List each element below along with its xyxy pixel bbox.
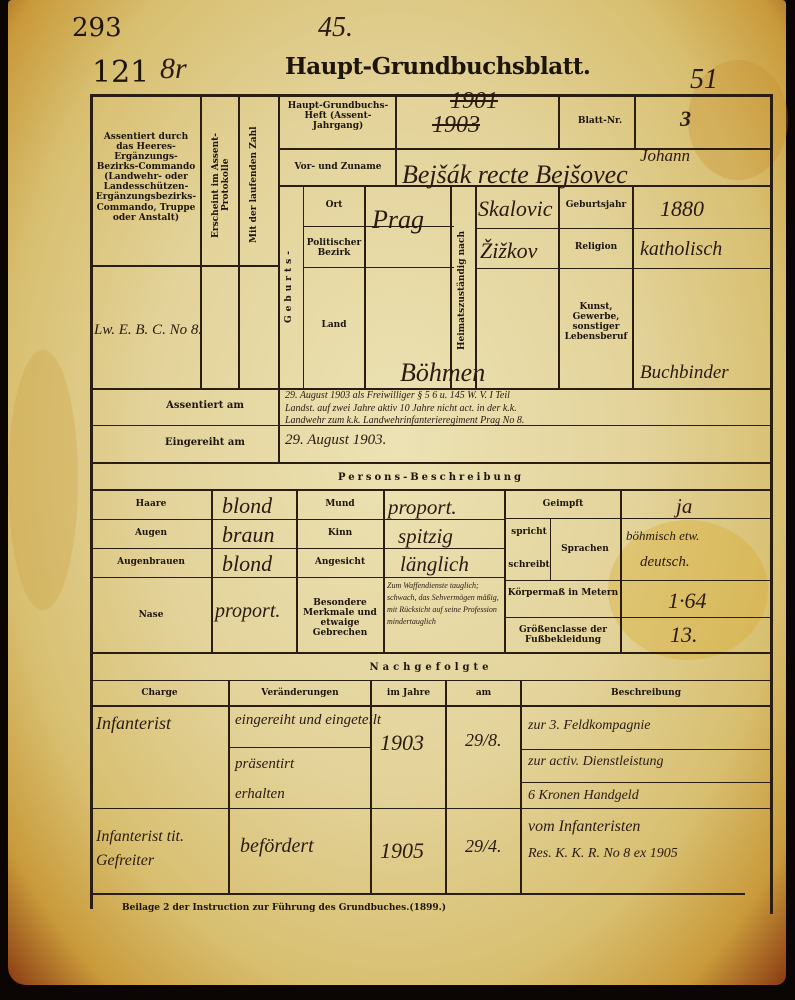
nachgefolgte-section-title: Nachgefolgte [90, 662, 772, 673]
gesicht-label: Angesicht [298, 557, 382, 567]
row2-date: 29/4. [465, 836, 502, 857]
footer-note: Beilage 2 der Instruction zur Führung de… [122, 903, 446, 913]
sprachen-value-1: böhmisch etw. [626, 528, 699, 544]
frame-bottom [90, 893, 745, 895]
assentiert-label: Assentiert am [150, 400, 260, 411]
sprachen-value-2: deutsch. [640, 554, 690, 571]
assentiert-durch-value: Lw. E. B. C. No 8. [94, 322, 202, 339]
mund-value: proport. [388, 495, 457, 520]
land-value: Böhmen [400, 358, 485, 388]
geimpft-label: Geimpft [507, 499, 619, 509]
erscheint-label: Erscheint im Assent-Protokolle [211, 110, 231, 260]
koerpermass-value: 1·64 [668, 588, 707, 614]
eingereiht-label: Eingereiht am [150, 437, 260, 448]
year-value: 1880 [660, 196, 704, 222]
row2-charge: Infanterist tit. Gefreiter [96, 825, 226, 873]
mund-label: Mund [298, 499, 382, 509]
spricht-label: spricht [508, 527, 550, 537]
ort-value: Prag [372, 205, 424, 235]
heft-label: Haupt-Grundbuchs-Heft (Assent-Jahrgang) [282, 101, 394, 131]
heft-value-struck-2: 1903 [432, 112, 480, 139]
col-jahr: im Jahre [372, 688, 445, 698]
row2-change-1: befördert [240, 835, 314, 858]
heimat-ort-value: Skalovic [478, 196, 553, 222]
religion-value: katholisch [640, 238, 722, 261]
augen-label: Augen [92, 528, 210, 538]
page-title: Haupt-Grundbuchsblatt. [285, 54, 590, 80]
col-am: am [447, 688, 520, 698]
koerpermass-label: Körpermaß in Metern [507, 588, 619, 598]
birth-group-label: Geburts- [284, 200, 294, 370]
heimat-label: Heimatszuständig nach [457, 210, 467, 370]
name-value: Bejšák recte Bejšovec [402, 160, 628, 190]
first-name-value: Johann [640, 146, 690, 166]
augen-value: braun [222, 522, 275, 548]
kinn-value: spitzig [398, 524, 453, 549]
assentiert-line-3: Landwehr zum k.k. Landwehrinfanterieregi… [285, 415, 524, 426]
beruf-label: Kunst, Gewerbe, sonstiger Lebensberuf [562, 302, 630, 342]
assentiert-line-1: 29. August 1903 als Freiwilliger § 5 6 u… [285, 390, 510, 401]
row1-change-1: eingereiht und eingeteilt [235, 712, 381, 729]
frame-right [770, 94, 773, 914]
fuss-label: Größenclasse der Fußbekleidung [507, 625, 619, 645]
brauen-value: blond [222, 551, 272, 577]
nase-label: Nase [92, 610, 210, 620]
blatt-value: 3 [680, 106, 691, 132]
haare-value: blond [222, 493, 272, 519]
frame-top [90, 94, 773, 97]
col-charge: Charge [92, 688, 227, 698]
merkmale-label: Besondere Merkmale und etwaige Gebrechen [298, 598, 382, 638]
beruf-value: Buchbinder [640, 362, 729, 384]
row1-charge: Infanterist [96, 713, 171, 734]
bezirk-label: Politischer Bezirk [305, 238, 363, 258]
row2-desc-2: Res. K. K. R. No 8 ex 1905 [528, 846, 678, 862]
row2-desc-1: vom Infanteristen [528, 818, 640, 836]
nase-value: proport. [215, 600, 280, 623]
row2-year: 1905 [380, 838, 424, 864]
assentiert-durch-label: Assentiert durch das Heeres-Ergänzungs-B… [94, 132, 198, 223]
kinn-label: Kinn [298, 528, 382, 538]
row1-change-2: präsentirt [235, 756, 294, 773]
row1-desc-1: zur 3. Feldkompagnie [528, 718, 650, 734]
row1-date: 29/8. [465, 730, 502, 751]
religion-label: Religion [562, 242, 630, 252]
row1-year: 1903 [380, 730, 424, 756]
handwritten-left: 8r [160, 52, 187, 86]
row1-desc-2: zur activ. Dienstleistung [528, 754, 663, 770]
geimpft-value: ja [676, 494, 692, 519]
row1-desc-3: 6 Kronen Handgeld [528, 788, 639, 804]
assentiert-line-2: Landst. auf zwei Jahre aktiv 10 Jahre ni… [285, 403, 517, 414]
stamp-number-bottom: 121 [92, 56, 149, 90]
stamp-number-top: 293 [72, 14, 122, 43]
brauen-label: Augenbrauen [92, 557, 210, 567]
sprachen-label: Sprachen [552, 544, 618, 554]
laufende-zahl-label: Mit der laufenden Zahl [249, 110, 259, 260]
land-label: Land [305, 320, 363, 330]
water-stain [8, 350, 78, 610]
schreibt-label: schreibt [508, 560, 550, 570]
blatt-label: Blatt-Nr. [570, 116, 630, 126]
persons-section-title: Persons-Beschreibung [90, 472, 772, 483]
col-beschreibung: Beschreibung [522, 688, 770, 698]
gesicht-value: länglich [400, 552, 469, 577]
name-label: Vor- und Zuname [282, 162, 394, 172]
haare-label: Haare [92, 499, 210, 509]
handwritten-right: 51 [690, 64, 718, 96]
col-veraenderungen: Veränderungen [230, 688, 370, 698]
merkmale-value: Zum Waffendienste tauglich; schwach, das… [387, 580, 501, 628]
heimat-bezirk-value: Žižkov [480, 238, 537, 264]
year-label: Geburtsjahr [562, 200, 630, 210]
row1-change-3: erhalten [235, 786, 285, 803]
eingereiht-value: 29. August 1903. [285, 432, 386, 449]
handwritten-top: 45. [318, 12, 353, 44]
fuss-value: 13. [670, 622, 698, 648]
ort-label: Ort [305, 200, 363, 210]
heft-value-struck-1: 1901 [450, 88, 498, 115]
